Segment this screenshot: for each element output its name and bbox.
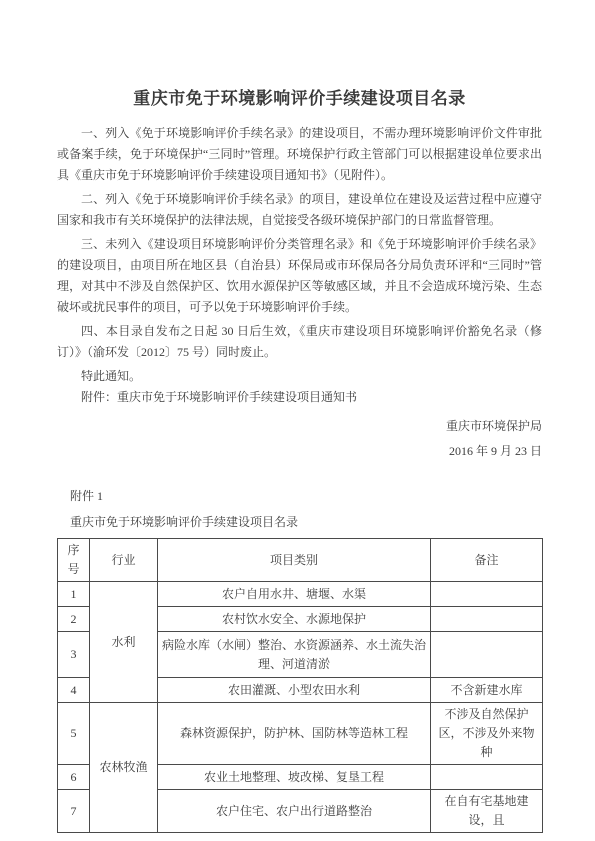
col-header-serial-label: 序号: [66, 541, 80, 579]
industry-cell-water: 水利: [90, 582, 158, 703]
remark-cell: [431, 607, 543, 632]
table-body: 1 水利 农户自用水井、塘堰、水渠 2 农村饮水安全、水源地保护 3 病险水库（…: [58, 582, 543, 833]
project-table: 序号 行业 项目类别 备注 1 水利 农户自用水井、塘堰、水渠 2 农村饮水安全…: [57, 538, 543, 833]
remark-cell: 不涉及自然保护区，不涉及外来物种: [431, 703, 543, 765]
document-title: 重庆市免于环境影响评价手续建设项目名录: [57, 84, 542, 109]
signer-name: 重庆市环境保护局: [57, 414, 542, 439]
remark-cell: 在自有宅基地建设，且: [431, 790, 543, 833]
table-row-5: 5 农林牧渔 森林资源保护，防护林、国防林等造林工程 不涉及自然保护区，不涉及外…: [58, 703, 543, 765]
table-header-row: 序号 行业 项目类别 备注: [58, 539, 543, 582]
table-header: 序号 行业 项目类别 备注: [58, 539, 543, 582]
paragraph-4: 四、本目录自发布之日起 30 日后生效，《重庆市建设项目环境影响评价豁免名录（修…: [57, 321, 542, 363]
serial-cell: 7: [58, 790, 90, 833]
signature-block: 重庆市环境保护局 2016 年 9 月 23 日: [57, 414, 542, 464]
category-cell: 农田灌溉、小型农田水利: [158, 678, 431, 703]
paragraph-3: 三、未列入《建设项目环境影响评价分类管理名录》和《免于环境影响评价手续名录》的建…: [57, 234, 542, 318]
attachment-title: 重庆市免于环境影响评价手续建设项目名录: [57, 512, 542, 533]
col-header-remark: 备注: [431, 539, 543, 582]
document-page: 重庆市免于环境影响评价手续建设项目名录 一、列入《免于环境影响评价手续名录》的建…: [0, 0, 595, 841]
col-header-category: 项目类别: [158, 539, 431, 582]
attachment-section: 附件 1 重庆市免于环境影响评价手续建设项目名录 序号 行业 项目类别 备注 1…: [57, 486, 542, 833]
paragraph-2: 二、列入《免于环境影响评价手续名录》的项目，建设单位在建设及运营过程中应遵守国家…: [57, 189, 542, 231]
table-row-1: 1 水利 农户自用水井、塘堰、水渠: [58, 582, 543, 607]
remark-cell: [431, 582, 543, 607]
category-cell: 病险水库（水闸）整治、水资源涵养、水土流失治理、河道清淤: [158, 632, 431, 678]
remark-cell: 不含新建水库: [431, 678, 543, 703]
paragraph-1: 一、列入《免于环境影响评价手续名录》的建设项目，不需办理环境影响评价文件审批或备…: [57, 123, 542, 186]
category-cell: 森林资源保护，防护林、国防林等造林工程: [158, 703, 431, 765]
remark-cell: [431, 765, 543, 790]
category-cell: 农村饮水安全、水源地保护: [158, 607, 431, 632]
sign-date: 2016 年 9 月 23 日: [57, 439, 542, 464]
col-header-serial: 序号: [58, 539, 90, 582]
remark-cell: [431, 632, 543, 678]
serial-cell: 6: [58, 765, 90, 790]
category-cell: 农户自用水井、塘堰、水渠: [158, 582, 431, 607]
serial-cell: 3: [58, 632, 90, 678]
category-cell: 农户住宅、农户出行道路整治: [158, 790, 431, 833]
serial-cell: 4: [58, 678, 90, 703]
col-header-industry: 行业: [90, 539, 158, 582]
attachment-label: 附件 1: [57, 486, 542, 507]
serial-cell: 2: [58, 607, 90, 632]
category-cell: 农业土地整理、坡改梯、复垦工程: [158, 765, 431, 790]
attachment-note: 附件：重庆市免于环境影响评价手续建设项目通知书: [57, 387, 542, 408]
industry-cell-agriculture: 农林牧渔: [90, 703, 158, 833]
notice-line: 特此通知。: [57, 366, 542, 387]
serial-cell: 1: [58, 582, 90, 607]
serial-cell: 5: [58, 703, 90, 765]
